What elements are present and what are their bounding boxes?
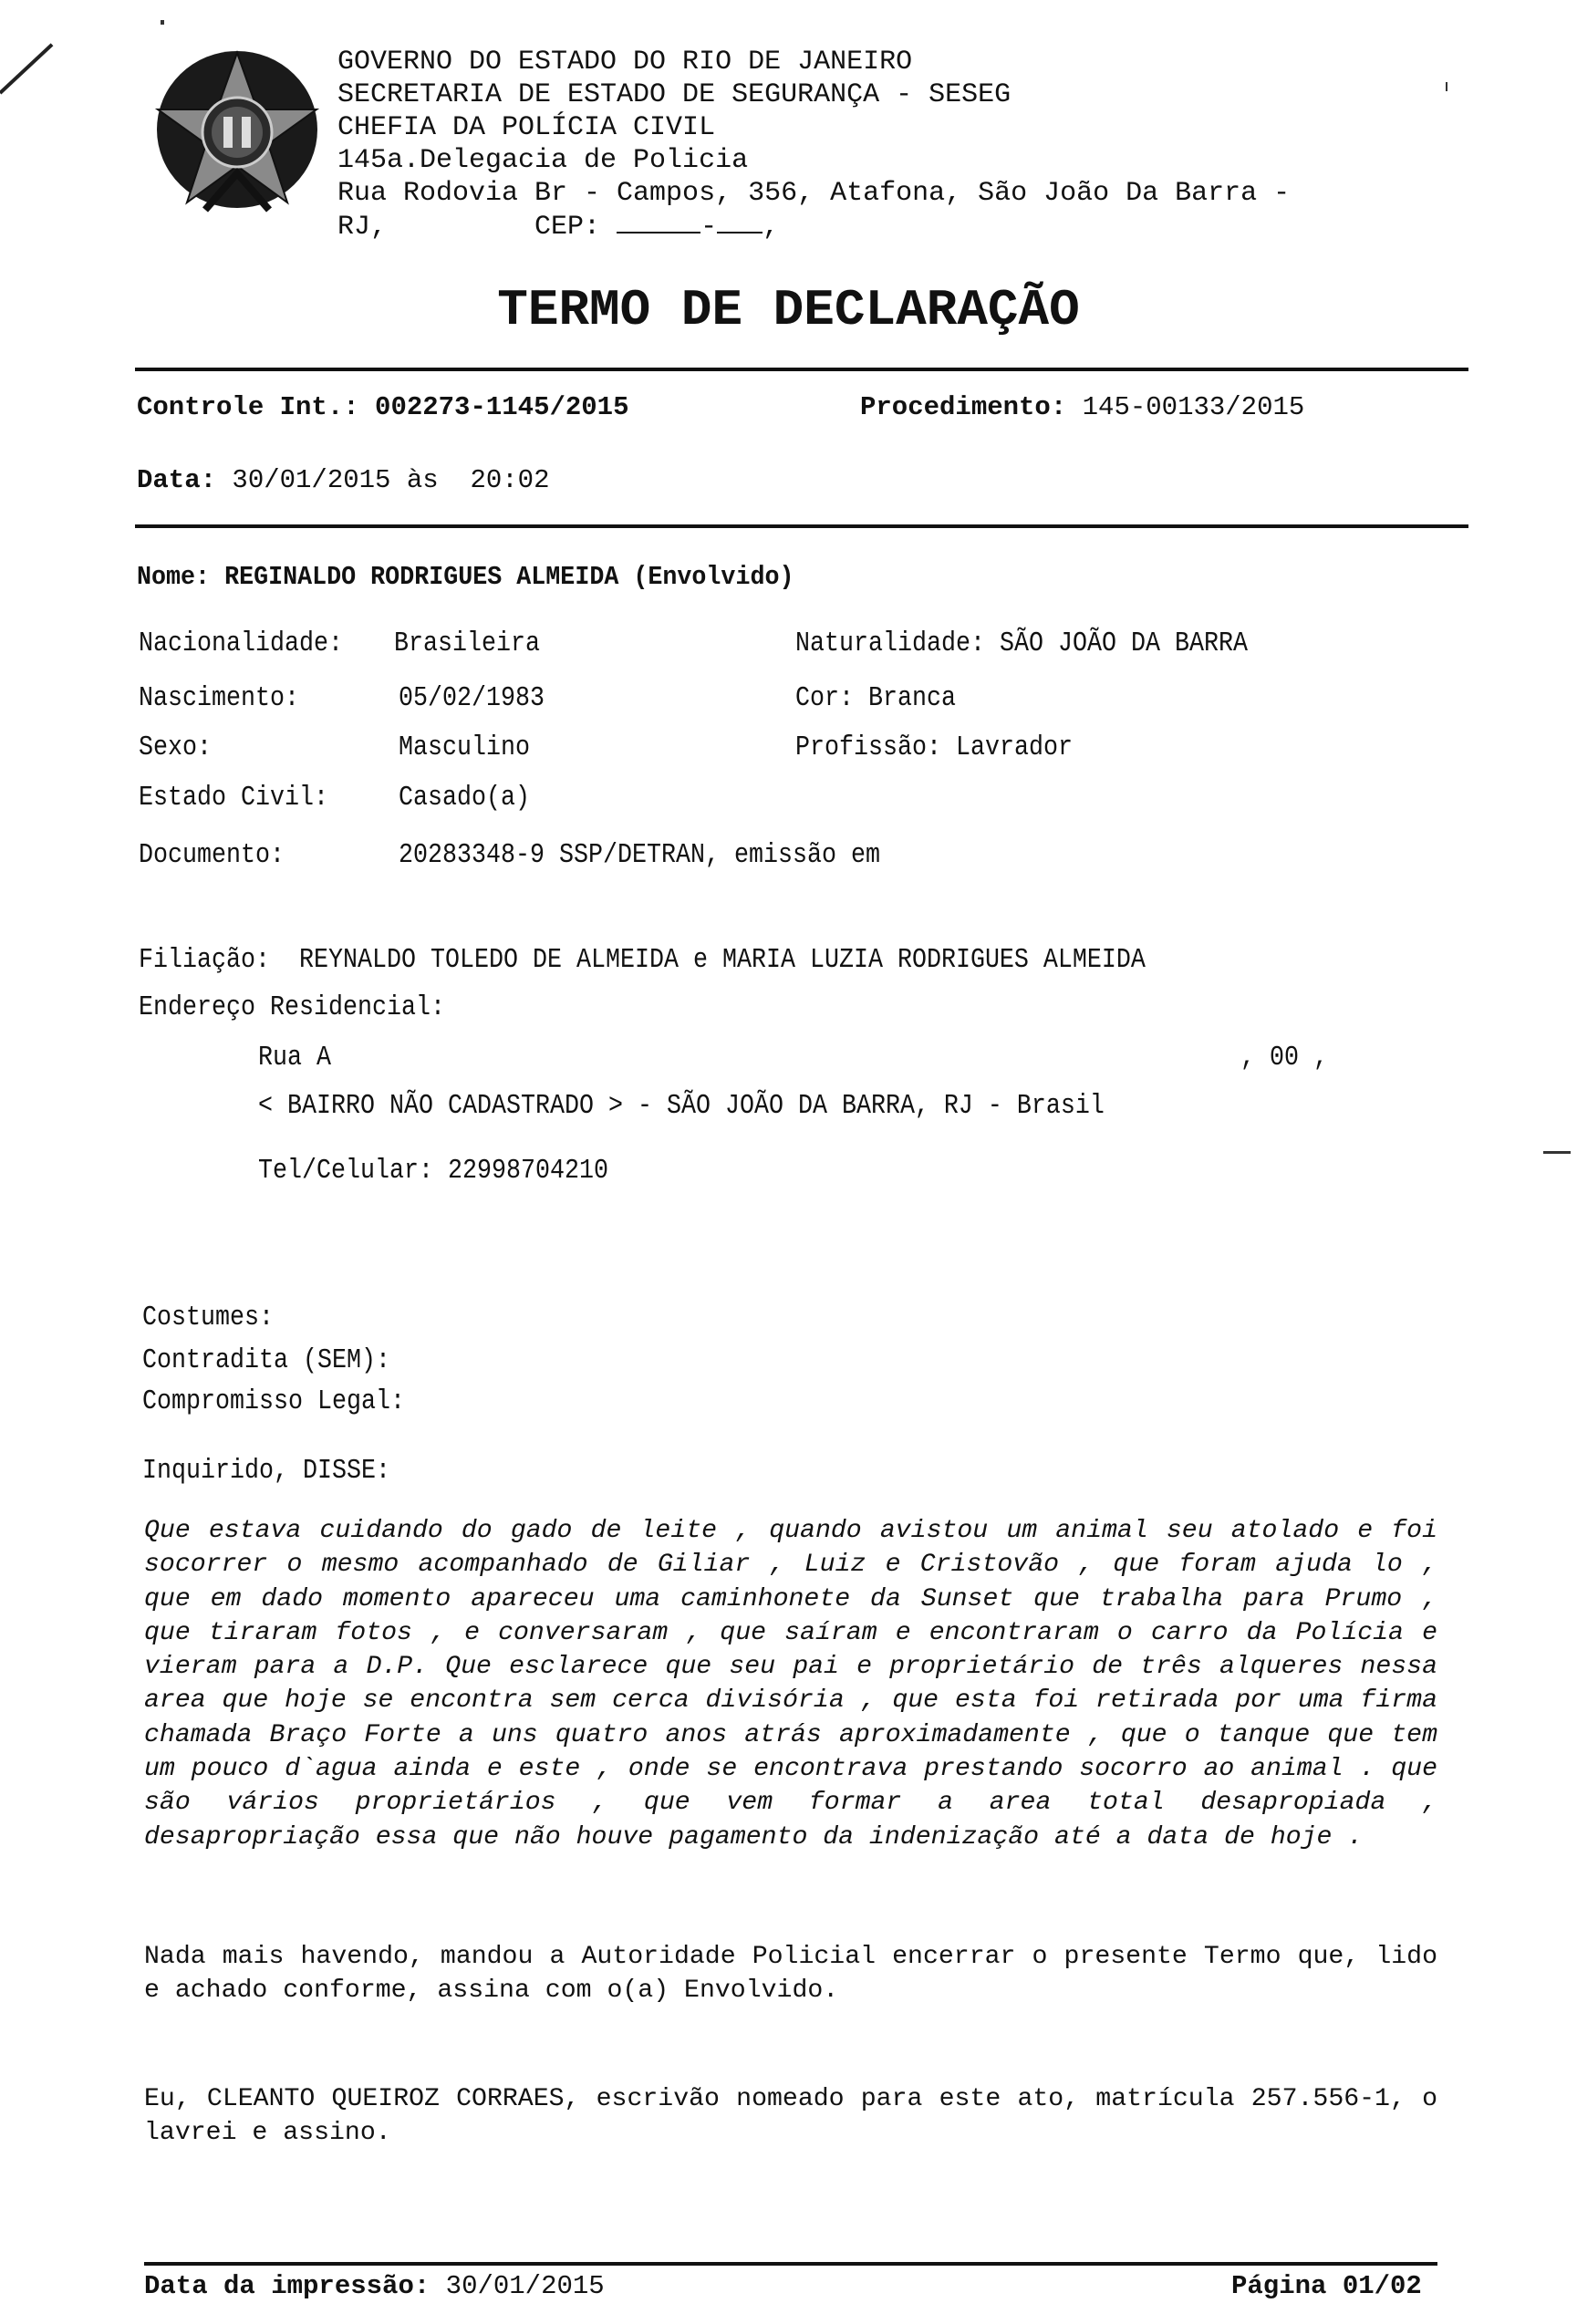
nacionalidade-value: Brasileira: [394, 628, 540, 659]
procedimento-row: Procedimento: 145-00133/2015: [860, 392, 1304, 422]
estado-civil-value: Casado(a): [399, 782, 530, 814]
nome-row: Nome: REGINALDO RODRIGUES ALMEIDA (Envol…: [137, 562, 794, 592]
documento-label: Documento:: [139, 839, 285, 871]
endereco-numero: , 00 ,: [1240, 1042, 1328, 1074]
header-line-precinct: 145a.Delegacia de Policia: [337, 144, 1290, 177]
cep-blank-2: [717, 210, 763, 233]
data-label: Data:: [137, 465, 216, 495]
profissao-value: Lavrador: [956, 731, 1073, 763]
header-line-police-chief: CHEFIA DA POLÍCIA CIVIL: [337, 111, 1290, 144]
divider-top: [135, 368, 1468, 371]
print-date-label: Data da impressão:: [144, 2271, 430, 2301]
header-line-secretariat: SECRETARIA DE ESTADO DE SEGURANÇA - SESE…: [337, 78, 1290, 111]
scan-speck: [1446, 82, 1447, 91]
telefone-row: Tel/Celular: 22998704210: [258, 1155, 608, 1187]
cor-label: Cor:: [795, 682, 854, 714]
nascimento-label: Nascimento:: [139, 682, 299, 714]
compromisso-label: Compromisso Legal:: [142, 1385, 405, 1417]
clerk-statement: Eu, CLEANTO QUEIROZ CORRAES, escrivão no…: [144, 2082, 1437, 2150]
document-title: TERMO DE DECLARAÇÃO: [0, 281, 1577, 339]
filiacao-label: Filiação:: [139, 944, 270, 976]
naturalidade-label: Naturalidade:: [795, 628, 985, 659]
header-line-government: GOVERNO DO ESTADO DO RIO DE JANEIRO: [337, 46, 1290, 78]
header-line-address: Rua Rodovia Br - Campos, 356, Atafona, S…: [337, 177, 1290, 210]
procedimento-value: 145-00133/2015: [1083, 392, 1305, 422]
cor-value: Branca: [868, 682, 956, 714]
statement-text: Que estava cuidando do gado de leite , q…: [144, 1514, 1437, 1854]
state-label: RJ,: [337, 212, 387, 243]
contradita-label: Contradita (SEM):: [142, 1344, 390, 1376]
data-value: 30/01/2015 às 20:02: [232, 465, 549, 495]
telefone-value: 22998704210: [448, 1155, 608, 1187]
cep-label: CEP:: [534, 212, 600, 243]
nome-label: Nome:: [137, 562, 210, 592]
data-row: Data: 30/01/2015 às 20:02: [137, 465, 549, 495]
procedimento-label: Procedimento:: [860, 392, 1066, 422]
documento-value: 20283348-9 SSP/DETRAN, emissão em: [399, 839, 880, 871]
inquirido-label: Inquirido, DISSE:: [142, 1455, 390, 1487]
sexo-label: Sexo:: [139, 731, 212, 763]
profissao-row: Profissão: Lavrador: [795, 731, 1073, 763]
telefone-label: Tel/Celular:: [258, 1155, 433, 1187]
naturalidade-value: SÃO JOÃO DA BARRA: [1000, 628, 1248, 659]
scan-speck: [161, 20, 164, 25]
profissao-label: Profissão:: [795, 731, 941, 763]
filiacao-row: Filiação: REYNALDO TOLEDO DE ALMEIDA e M…: [139, 944, 1146, 976]
endereco-rua: Rua A: [258, 1042, 331, 1074]
controle-label: Controle Int.:: [137, 392, 359, 422]
print-date-value: 30/01/2015: [446, 2271, 605, 2301]
print-date-row: Data da impressão: 30/01/2015: [144, 2271, 605, 2301]
nacionalidade-label: Nacionalidade:: [139, 628, 343, 659]
controle-row: Controle Int.: 002273-1145/2015: [137, 392, 629, 422]
endereco-bairro-cidade: < BAIRRO NÃO CADASTRADO > - SÃO JOÃO DA …: [258, 1090, 1105, 1122]
closing-text: Nada mais havendo, mandou a Autoridade P…: [144, 1940, 1437, 2008]
filiacao-value: REYNALDO TOLEDO DE ALMEIDA e MARIA LUZIA…: [299, 944, 1146, 976]
scan-speck: [1543, 1151, 1571, 1154]
naturalidade-row: Naturalidade: SÃO JOÃO DA BARRA: [795, 628, 1248, 659]
header-line-state-cep: RJ, CEP: -,: [337, 210, 1290, 244]
police-star-emblem-icon: [150, 46, 324, 219]
agency-header: GOVERNO DO ESTADO DO RIO DE JANEIRO SECR…: [337, 46, 1290, 244]
cor-row: Cor: Branca: [795, 682, 956, 714]
cep-end: ,: [763, 212, 779, 243]
costumes-label: Costumes:: [142, 1302, 274, 1333]
sexo-value: Masculino: [399, 731, 530, 763]
controle-value: 002273-1145/2015: [375, 392, 628, 422]
endereco-label: Endereço Residencial:: [139, 991, 445, 1023]
divider-middle: [135, 524, 1468, 528]
cep-separator: -: [700, 212, 717, 243]
pen-mark: [0, 43, 53, 94]
footer-divider: [144, 2262, 1437, 2266]
nascimento-value: 05/02/1983: [399, 682, 545, 714]
estado-civil-label: Estado Civil:: [139, 782, 328, 814]
cep-blank-1: [617, 210, 700, 233]
nome-value: REGINALDO RODRIGUES ALMEIDA (Envolvido): [224, 562, 794, 592]
page-number: Página 01/02: [1231, 2271, 1422, 2301]
